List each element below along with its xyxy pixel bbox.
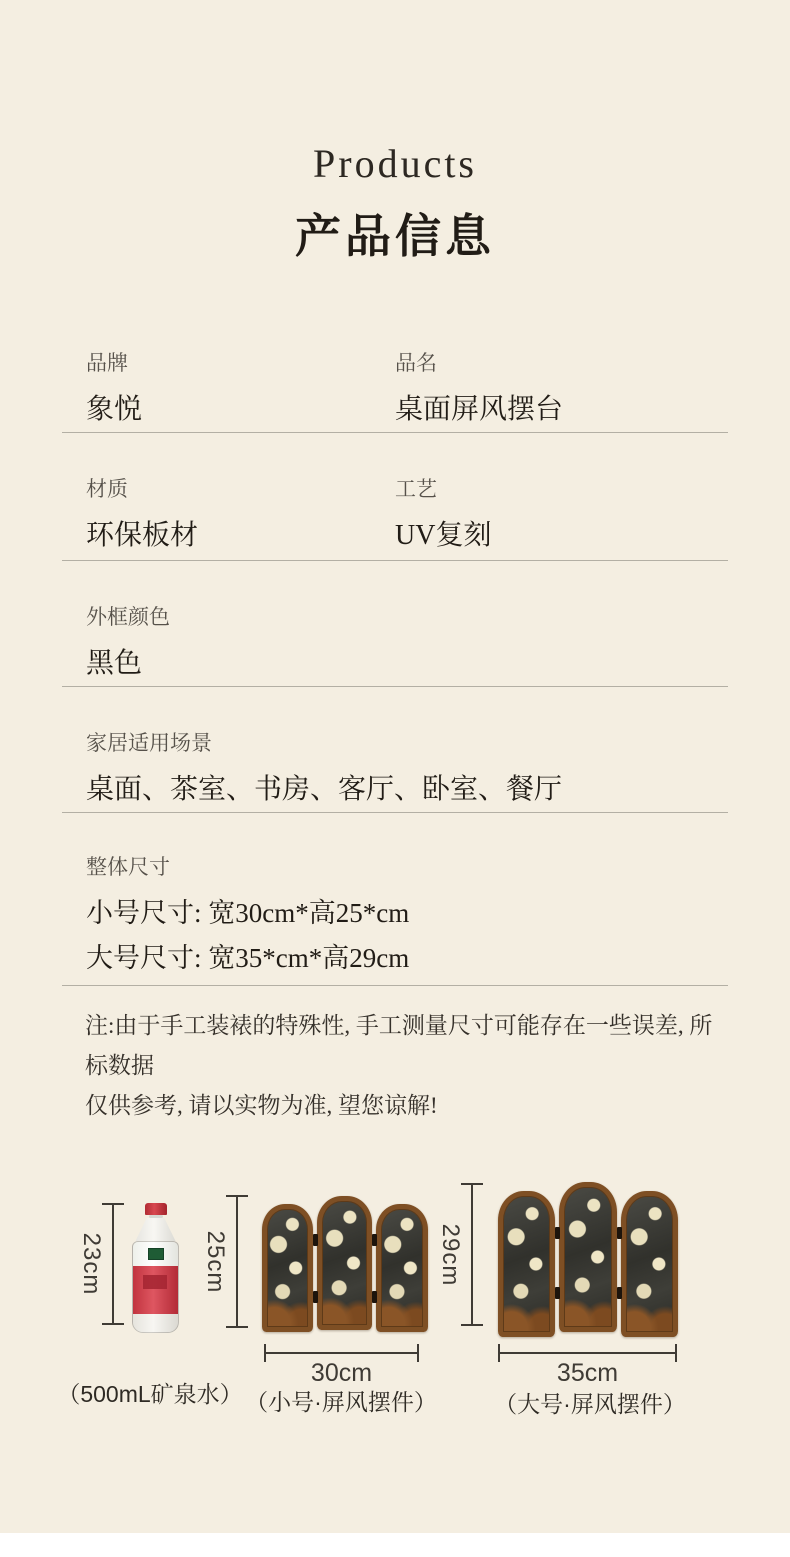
screen-hinge-icon (617, 1227, 622, 1239)
screen-hinge-icon (555, 1227, 560, 1239)
note-line-2: 仅供参考, 请以实物为准, 望您谅解! (85, 1086, 715, 1126)
screen-hinge-icon (372, 1234, 377, 1246)
dimension-cap (226, 1326, 248, 1328)
bottle-height-dimension: 23cm (112, 1203, 114, 1325)
bottle-neck (136, 1218, 176, 1241)
dimension-cap (102, 1203, 124, 1205)
bottle-caption: （500mL矿泉水） (44, 1376, 256, 1409)
page-title-english: Products (0, 140, 790, 187)
screen-hinge-icon (617, 1287, 622, 1299)
spec-cell-material: 材质 环保板材 (86, 473, 395, 560)
screen-panel-left (498, 1191, 555, 1337)
water-bottle-image (130, 1203, 181, 1333)
size-line-small: 小号尺寸: 宽30cm*高25*cm (86, 891, 704, 936)
small-screen-height-label: 25cm (201, 1230, 229, 1293)
spec-value: 象悦 (86, 387, 395, 427)
spec-cell-craft: 工艺 UV复刻 (395, 473, 704, 560)
spec-cell-product-name: 品名 桌面屏风摆台 (395, 347, 704, 432)
measurement-note: 注:由于手工装裱的特殊性, 手工测量尺寸可能存在一些误差, 所标数据 仅供参考,… (85, 1006, 715, 1126)
spec-label: 工艺 (395, 473, 704, 503)
dimension-cap (102, 1323, 124, 1325)
screen-panel-middle (559, 1182, 617, 1332)
screen-hinge-icon (555, 1287, 560, 1299)
bottle-body (132, 1241, 179, 1333)
bottle-label-text-block (143, 1275, 167, 1289)
spec-value: 黑色 (86, 641, 704, 681)
spec-row-brand-name: 品牌 象悦 品名 桌面屏风摆台 (62, 345, 728, 433)
screen-panel-left (262, 1204, 313, 1332)
small-screen-caption: （小号·屏风摆件） (241, 1384, 441, 1417)
spec-row-overall-size: 整体尺寸 小号尺寸: 宽30cm*高25*cm 大号尺寸: 宽35*cm*高29… (62, 813, 728, 986)
bottle-collar (149, 1215, 163, 1218)
dimension-cap (461, 1324, 483, 1326)
spec-row-scenes: 家居适用场景 桌面、茶室、书房、客厅、卧室、餐厅 (62, 687, 728, 813)
spec-label: 品名 (395, 347, 704, 377)
spec-label: 家居适用场景 (86, 727, 704, 757)
large-screen-caption: （大号·屏风摆件） (490, 1386, 690, 1419)
spec-label: 整体尺寸 (86, 851, 704, 881)
spec-value: UV复刻 (395, 513, 704, 553)
screen-panel-right (376, 1204, 428, 1332)
spec-cell-brand: 品牌 象悦 (86, 347, 395, 432)
small-screen-image (262, 1196, 428, 1332)
bottle-label-red-band (133, 1266, 178, 1314)
spec-value: 桌面、茶室、书房、客厅、卧室、餐厅 (86, 767, 704, 807)
large-screen-width-label: 35cm (498, 1359, 677, 1388)
spec-row-frame-color: 外框颜色 黑色 (62, 561, 728, 687)
bottle-cap-icon (145, 1203, 167, 1215)
note-line-1: 注:由于手工装裱的特殊性, 手工测量尺寸可能存在一些误差, 所标数据 (85, 1006, 715, 1086)
large-screen-height-dimension: 29cm (471, 1183, 473, 1326)
large-screen-image (498, 1182, 678, 1337)
large-screen-height-label: 29cm (436, 1223, 464, 1286)
screen-panel-right (621, 1191, 678, 1337)
page-title-chinese: 产品信息 (0, 200, 790, 266)
bottle-height-label: 23cm (77, 1233, 105, 1296)
spec-label: 品牌 (86, 347, 395, 377)
spec-row-material-craft: 材质 环保板材 工艺 UV复刻 (62, 433, 728, 561)
bottle-label-white-band (133, 1242, 178, 1266)
spec-value: 桌面屏风摆台 (395, 387, 704, 427)
product-info-page: Products 产品信息 品牌 象悦 品名 桌面屏风摆台 材质 环保板材 工艺… (0, 0, 790, 1533)
screen-hinge-icon (313, 1291, 318, 1303)
small-screen-width-dimension: 30cm (264, 1352, 419, 1354)
screen-panel-middle (317, 1196, 372, 1330)
size-line-large: 大号尺寸: 宽35*cm*高29cm (86, 936, 704, 981)
large-screen-width-dimension: 35cm (498, 1352, 677, 1354)
screen-hinge-icon (372, 1291, 377, 1303)
spec-label: 外框颜色 (86, 601, 704, 631)
bottom-white-strip (0, 1533, 790, 1557)
bottle-clear-bottom (133, 1314, 178, 1332)
spec-label: 材质 (86, 473, 395, 503)
spec-value: 环保板材 (86, 513, 395, 553)
small-screen-height-dimension: 25cm (236, 1195, 238, 1328)
spec-table: 品牌 象悦 品名 桌面屏风摆台 材质 环保板材 工艺 UV复刻 外框颜色 黑色 … (62, 345, 728, 986)
bottle-logo-icon (148, 1248, 164, 1260)
screen-hinge-icon (313, 1234, 318, 1246)
dimension-cap (226, 1195, 248, 1197)
dimension-cap (461, 1183, 483, 1185)
